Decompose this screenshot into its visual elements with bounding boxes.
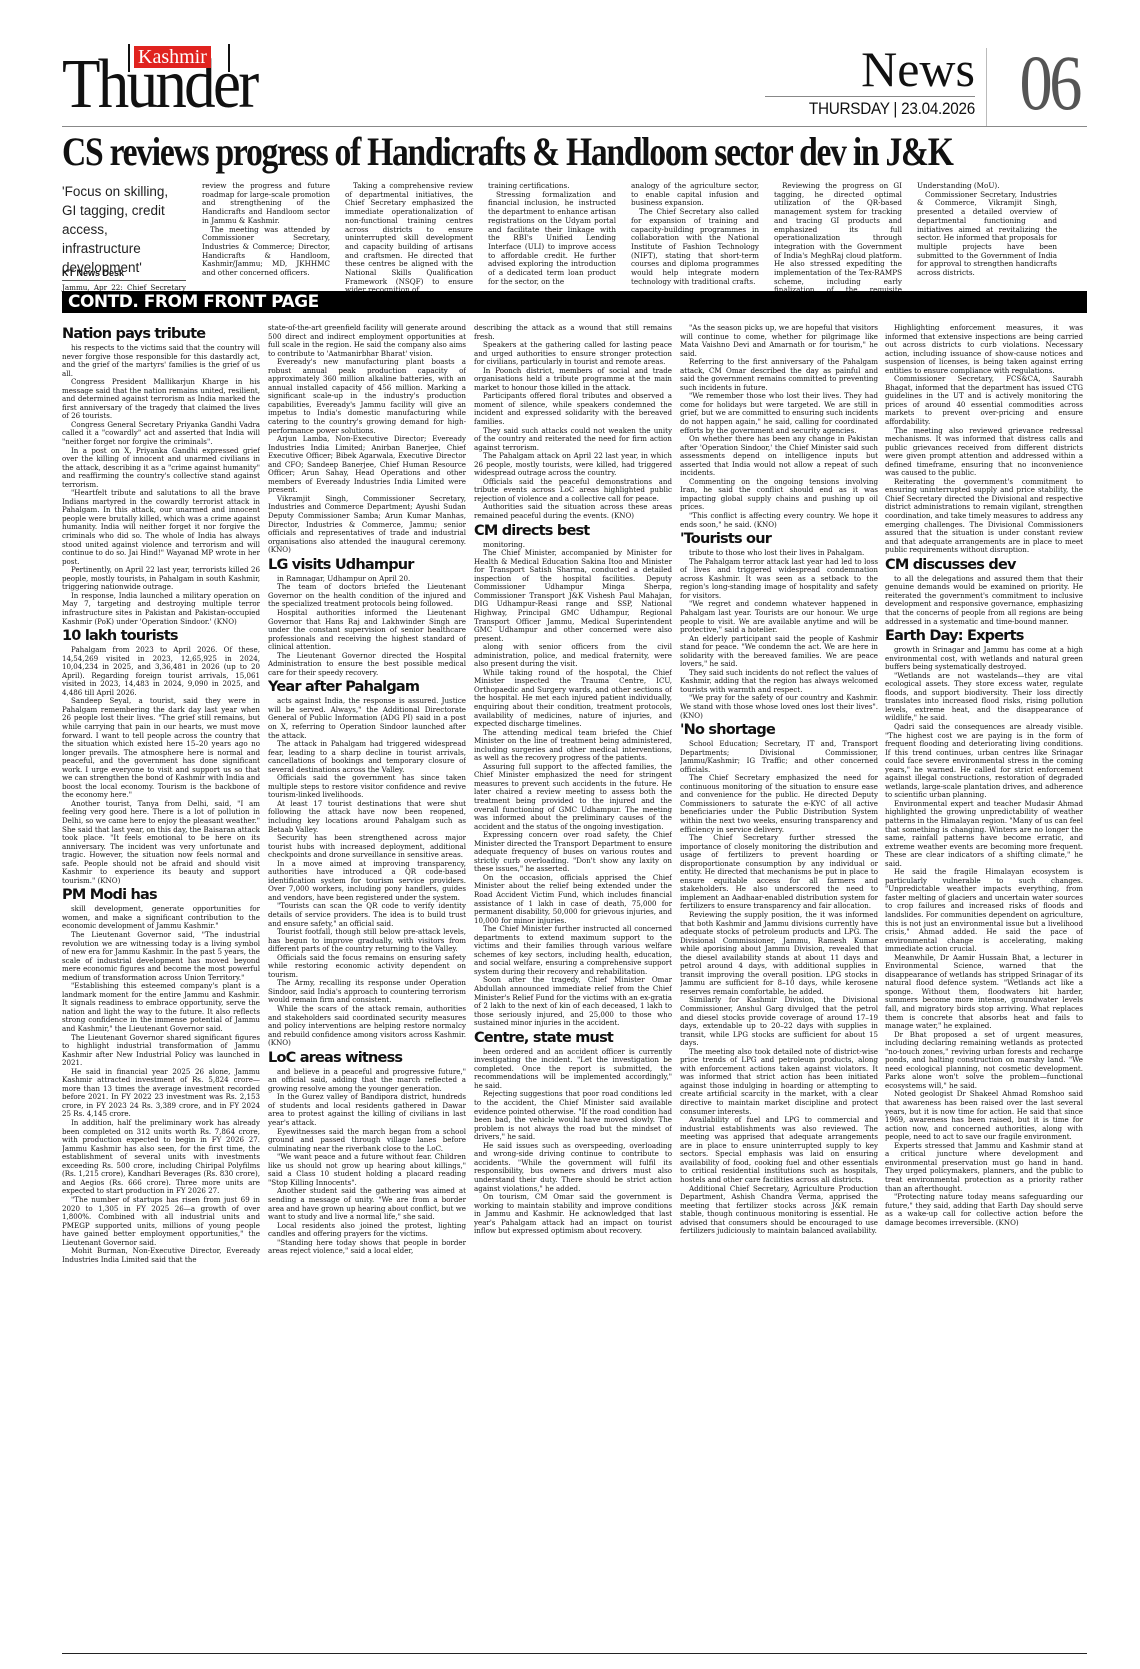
page-bottom-rule — [62, 1653, 1087, 1654]
paragraph: The Lieutenant Governor shared significa… — [62, 1034, 260, 1068]
top-article: 'Focus on skilling, GI tagging, credit a… — [62, 182, 1087, 290]
paragraph: In Poonch district, members of social an… — [474, 367, 672, 393]
paragraph: been ordered and an accident officer is … — [474, 1048, 672, 1091]
paragraph: In addition, half the preliminary work h… — [62, 1119, 260, 1196]
story-heading: 'No shortage — [680, 721, 878, 739]
paragraph: Local residents also joined the protest,… — [268, 1222, 466, 1239]
paragraph: The Lieutenant Governor directed the Hos… — [268, 652, 466, 678]
paragraph: analogy of the agriculture sector, to en… — [631, 182, 759, 208]
paragraph: While taking round of the hospotal, the … — [474, 669, 672, 729]
paragraph: "Standing here today shows that people i… — [268, 1239, 466, 1256]
paragraph: They said such attacks could not weaken … — [474, 427, 672, 453]
paragraph: Congress General Secretary Priyanka Gand… — [62, 421, 260, 447]
logo-bracket-right — [228, 44, 230, 72]
paragraph: An elderly participant said the people o… — [680, 635, 878, 669]
paragraph: Similarly for Kashmir Division, the Divi… — [680, 996, 878, 1047]
paragraph: Eveready's new manufacturing plant boast… — [268, 358, 466, 435]
paragraph: Environmental expert and teacher Mudasir… — [885, 800, 1083, 868]
story-heading: LoC areas witness — [268, 1049, 466, 1067]
paragraph: In a move aimed at improving transparenc… — [268, 860, 466, 903]
main-headline: CS reviews progress of Handicrafts & Han… — [62, 130, 927, 174]
section-title: News — [765, 44, 975, 94]
paragraph: While the scars of the attack remain, au… — [268, 1005, 466, 1048]
paragraph: Authorities said the situation across th… — [474, 503, 672, 520]
paragraph: On whether there has been any change in … — [680, 435, 878, 478]
column-5: Highlighting enforcement measures, it wa… — [885, 324, 1083, 1654]
paragraph: describing the attack as a wound that st… — [474, 324, 672, 341]
issue-date: THURSDAY | 23.04.2026 — [786, 99, 975, 119]
article-column: analogy of the agriculture sector, to en… — [631, 182, 759, 286]
story-heading: CM directs best — [474, 522, 672, 540]
paragraph: Qadri said the consequences are already … — [885, 723, 1083, 800]
paragraph: The team of doctors briefed the Lieutena… — [268, 583, 466, 609]
paragraph: Dr Bhat proposed a set of urgent measure… — [885, 1031, 1083, 1091]
paragraph: Soon after the tragedy, Chief Minister O… — [474, 976, 672, 1027]
logo-bracket-left — [128, 44, 130, 72]
paragraph: In the Gurez valley of Bandipora distric… — [268, 1093, 466, 1127]
paragraph: School Education; Secretary, IT and, Tra… — [680, 740, 878, 774]
paragraph: "This conflict is affecting every countr… — [680, 512, 878, 529]
paragraph: The meeting also took detailed note of d… — [680, 1048, 878, 1116]
paragraph: In response, India launched a military o… — [62, 592, 260, 626]
paragraph: Rejecting suggestions that poor road con… — [474, 1090, 672, 1141]
paragraph: to all the delegations and assured them … — [885, 575, 1083, 626]
paragraph: Pahalgam from 2023 to April 2026. Of the… — [62, 646, 260, 697]
paragraph: his respects to the victims said that th… — [62, 344, 260, 378]
paragraph: The Chief Minister further instructed al… — [474, 925, 672, 976]
paragraph: and believe in a peaceful and progressiv… — [268, 1068, 466, 1094]
page-number: 06 — [1020, 40, 1080, 126]
paragraph: Mohit Burman, Non-Executive Director, Ev… — [62, 1247, 260, 1264]
paragraph: The Pahalgam terror attack last year had… — [680, 558, 878, 601]
paragraph: Congress President Mallikarjun Kharge in… — [62, 378, 260, 421]
paragraph: Officials said the government has since … — [268, 774, 466, 800]
paragraph: The attack in Pahalgam had triggered wid… — [268, 740, 466, 774]
paragraph: Experts stressed that Jammu and Kashmir … — [885, 1142, 1083, 1193]
paragraph: Vikramjit Singh, Commissioner Secretary,… — [268, 495, 466, 555]
paragraph: Commissioner Secretary, Industries & Com… — [917, 191, 1057, 278]
article-column: Taking a comprehensive review of departm… — [345, 182, 473, 295]
paragraph: Reviewing the supply position, the it wa… — [680, 911, 878, 996]
paragraph: Security has been strengthened across ma… — [268, 834, 466, 860]
paragraph: The meeting also reviewed grievance redr… — [885, 427, 1083, 478]
paragraph: "Tourists can scan the QR code to verify… — [268, 902, 466, 928]
paragraph: review the progress and future roadmap f… — [202, 182, 330, 226]
story-heading: PM Modi has — [62, 886, 260, 904]
paragraph: Stressing formalization and financial in… — [488, 191, 616, 287]
column-4: "As the season picks up, we are hopeful … — [680, 324, 878, 1654]
story-heading: Nation pays tribute — [62, 325, 260, 343]
story-heading: CM discusses dev — [885, 556, 1083, 574]
paragraph: He said the fragile Himalayan ecosystem … — [885, 868, 1083, 953]
paragraph: Highlighting enforcement measures, it wa… — [885, 324, 1083, 375]
paragraph: "We remember those who lost their lives.… — [680, 392, 878, 435]
paragraph: The attending medical team briefed the C… — [474, 729, 672, 763]
section-header: News THURSDAY | 23.04.2026 — [765, 44, 975, 119]
paragraph: He said issues such as overspeeding, ove… — [474, 1142, 672, 1193]
paragraph: Additional Chief Secretary, Agriculture … — [680, 1185, 878, 1236]
paragraph: Hospital authorities informed the Lieute… — [268, 609, 466, 652]
article-column: training certifications. Stressing forma… — [488, 182, 616, 286]
paragraph: Officials said the focus remains on ensu… — [268, 954, 466, 980]
paragraph: The Chief Secretary also called for expa… — [631, 208, 759, 286]
paragraph: acts against India, the response is assu… — [268, 697, 466, 740]
paragraph: On tourism, CM Omar said the government … — [474, 1193, 672, 1236]
byline: KT News Desk — [62, 268, 186, 278]
section-band: CONTD. FROM FRONT PAGE — [62, 291, 1087, 313]
article-column: review the progress and future roadmap f… — [202, 182, 330, 278]
paragraph: Noted geologist Dr Shakeel Ahmad Romshoo… — [885, 1090, 1083, 1141]
paragraph: He said in financial year 2025 26 alone,… — [62, 1068, 260, 1119]
paragraph: state-of-the-art greenfield facility wil… — [268, 324, 466, 358]
story-heading: 10 lakh tourists — [62, 627, 260, 645]
paragraph: Expressing concern over road safety, the… — [474, 831, 672, 874]
paragraph: Speakers at the gathering called for las… — [474, 341, 672, 367]
paragraph: growth in Srinagar and Jammu has come at… — [885, 646, 1083, 672]
paragraph: The Chief Secretary emphasized the need … — [680, 774, 878, 834]
paragraph: Another tourist, Tanya from Delhi, said,… — [62, 800, 260, 885]
paragraph: The Chief Secretary further stressed the… — [680, 834, 878, 911]
paragraph: skill development, generate opportunitie… — [62, 905, 260, 931]
paragraph: Commenting on the ongoing tensions invol… — [680, 478, 878, 512]
paragraph: Referring to the first anniversary of th… — [680, 358, 878, 392]
paragraph: Eyewitnesses said the march began from a… — [268, 1128, 466, 1154]
story-heading: 'Tourists our — [680, 530, 878, 548]
paragraph: "Heartfelt tribute and salutations to al… — [62, 489, 260, 566]
paragraph: "Establishing this esteemed company's pl… — [62, 982, 260, 1033]
column-2: state-of-the-art greenfield facility wil… — [268, 324, 466, 1654]
paragraph: The meeting was attended by Commissioner… — [202, 226, 330, 278]
column-1: Nation pays tribute his respects to the … — [62, 324, 260, 1654]
article-column: Reviewing the progress on GI tagging, he… — [774, 182, 902, 304]
paragraph: At least 17 tourist destinations that we… — [268, 800, 466, 834]
paragraph: Participants offered floral tributes and… — [474, 392, 672, 426]
paragraph: Officials said the peaceful demonstratio… — [474, 478, 672, 504]
masthead-rule — [62, 126, 1087, 127]
paragraph: "Wetlands are not wastelands—they are vi… — [885, 672, 1083, 723]
paragraph: Sandeep Seyal, a tourist, said they were… — [62, 697, 260, 800]
paragraph: Arjun Lamba, Non-Executive Director; Eve… — [268, 435, 466, 495]
paragraph: along with senior officers from the civi… — [474, 643, 672, 669]
story-heading: LG visits Udhampur — [268, 556, 466, 574]
paragraph: Another student said the gathering was a… — [268, 1187, 466, 1221]
logo-kashmir: Kashmir — [134, 46, 211, 68]
paragraph: "We want peace and a future without fear… — [268, 1153, 466, 1187]
paragraph: "As the season picks up, we are hopeful … — [680, 324, 878, 358]
paragraph: The Army, recalling its response under O… — [268, 979, 466, 1005]
paragraph: Meanwhile, Dr Aamir Hussain Bhat, a lect… — [885, 954, 1083, 1031]
section-band-label: CONTD. FROM FRONT PAGE — [68, 292, 319, 312]
paragraph: The Lieutenant Governor said, "The indus… — [62, 931, 260, 982]
paragraph: The Chief Minister, accompanied by Minis… — [474, 549, 672, 643]
paragraph: On the occasion, officials apprised the … — [474, 874, 672, 925]
masthead: Thunder Kashmir News THURSDAY | 23.04.20… — [62, 40, 1087, 126]
paragraph: Taking a comprehensive review of departm… — [345, 182, 473, 295]
paragraph: The Pahalgam attack on April 22 last yea… — [474, 452, 672, 478]
pull-quote: 'Focus on skilling, GI tagging, credit a… — [62, 182, 186, 277]
paragraph: Availability of fuel and LPG to commerci… — [680, 1116, 878, 1184]
paragraph: "The number of startups has risen from j… — [62, 1196, 260, 1247]
story-heading: Earth Day: Experts — [885, 627, 1083, 645]
article-column: Understanding (MoU). Commissioner Secret… — [917, 182, 1057, 278]
column-3: describing the attack as a wound that st… — [474, 324, 672, 1654]
paragraph: They said such incidents do not reflect … — [680, 669, 878, 695]
story-heading: Centre, state must — [474, 1029, 672, 1047]
paragraph: "We pray for the safety of our country a… — [680, 694, 878, 720]
paragraph: Pertinently, on April 22 last year, terr… — [62, 566, 260, 592]
paragraph: In a post on X, Priyanka Gandhi expresse… — [62, 447, 260, 490]
paragraph: Assuring full support to the affected fa… — [474, 763, 672, 831]
story-heading: Year after Pahalgam — [268, 678, 466, 696]
byline-rule — [62, 280, 186, 281]
paragraph: "We regret and condemn whatever happened… — [680, 600, 878, 634]
paragraph: Commissioner Secretary, FCS&CA, Saurabh … — [885, 375, 1083, 426]
page-number-divider — [986, 48, 987, 126]
newspaper-logo: Thunder Kashmir — [62, 40, 362, 126]
paragraph: "Protecting nature today means safeguard… — [885, 1193, 1083, 1227]
paragraph: Reiterating the government's commitment … — [885, 478, 1083, 555]
paragraph: Tourist footfall, though still below pre… — [268, 928, 466, 954]
paragraph: Reviewing the progress on GI tagging, he… — [774, 182, 902, 304]
